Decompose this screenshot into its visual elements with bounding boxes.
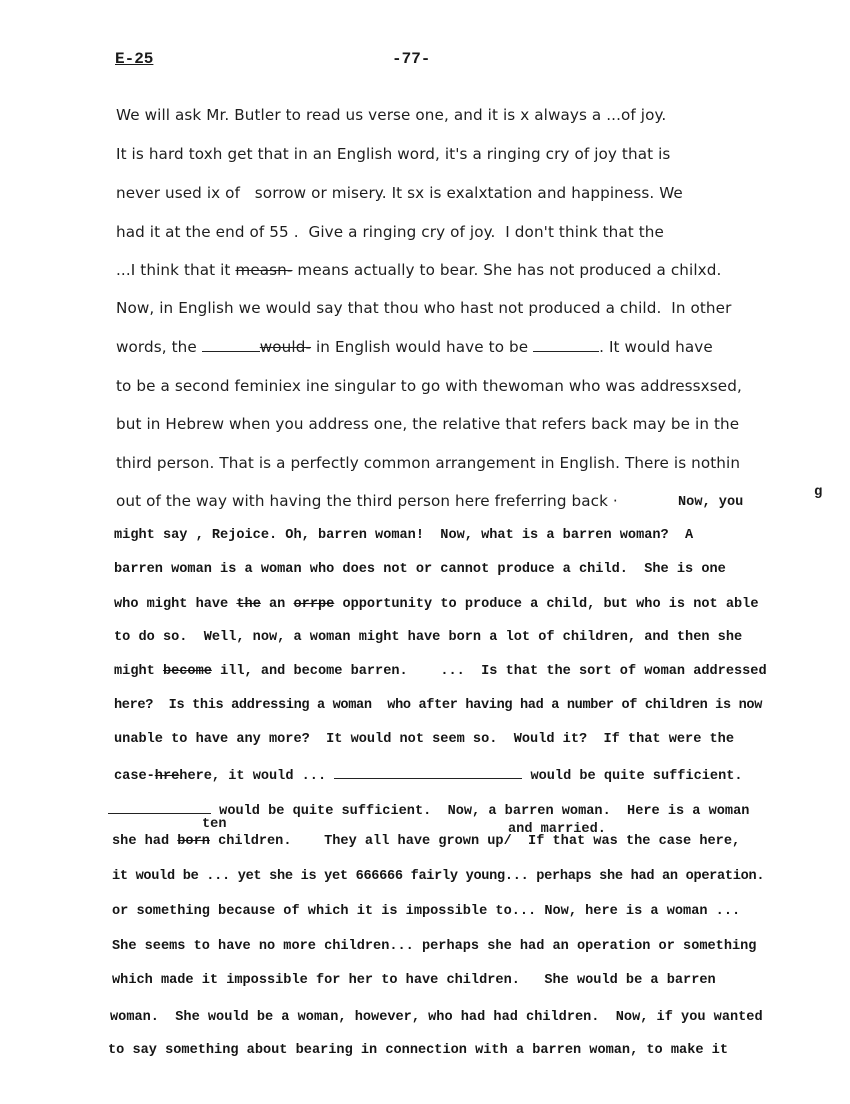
text: words, the	[116, 338, 202, 356]
overstrike: x	[520, 106, 529, 124]
struck-word: would-	[260, 338, 311, 356]
text-line: here? Is this addressing a woman who aft…	[114, 698, 762, 713]
text: never used	[116, 184, 207, 202]
struck-word: the	[236, 597, 260, 612]
text-line: woman. She would be a woman, however, wh…	[110, 1010, 763, 1025]
blank-line	[202, 339, 260, 352]
text-line: she had born children. They all have gro…	[112, 834, 740, 849]
page-number: -77-	[392, 50, 430, 68]
text: case-	[114, 769, 155, 784]
struck-word: become	[163, 664, 212, 679]
text: would be quite sufficient. Now, a barren…	[211, 804, 749, 819]
text-line: who might have the an orrpe opportunity …	[114, 597, 759, 612]
text-line: We will ask Mr. Butler to read us verse …	[116, 106, 666, 124]
blank-line	[334, 766, 522, 779]
text: always a ...of joy.	[529, 106, 666, 124]
text: is exalxtation and happiness. We	[424, 184, 683, 202]
correction-letter: g	[814, 484, 822, 500]
text-line: words, the would- in English would have …	[116, 338, 713, 356]
text: would be quite sufficient.	[522, 769, 742, 784]
text-line: might become ill, and become barren. ...…	[114, 664, 767, 679]
text-line: third person. That is a perfectly common…	[116, 454, 740, 472]
text: who might have	[114, 597, 236, 612]
text-line: case-hrehere, it would ... would be quit…	[114, 766, 743, 784]
text-line: might say , Rejoice. Oh, barren woman! N…	[114, 528, 693, 543]
text: children. They all have grown up/ If tha…	[210, 834, 740, 849]
text-line: Now, you	[678, 495, 743, 510]
struck-word: measn-	[235, 261, 292, 279]
page-header-code: E-25	[115, 50, 153, 68]
text: might	[114, 664, 163, 679]
text: opportunity to produce a child, but who …	[334, 597, 758, 612]
text-line: out of the way with having the third per…	[116, 492, 618, 510]
text-line: or something because of which it is impo…	[112, 904, 740, 919]
text-line: barren woman is a woman who does not or …	[114, 562, 726, 577]
text-line: to do so. Well, now, a woman might have …	[114, 630, 742, 645]
text-line: Now, in English we would say that thou w…	[116, 299, 731, 317]
text-line: had it at the end of 55 . Give a ringing…	[116, 223, 664, 241]
text-line: to be a second feminiex ine singular to …	[116, 377, 742, 395]
insertion-text: ten	[202, 817, 226, 832]
text: here, it would ...	[179, 769, 334, 784]
text: get that in an English word, it's a ring…	[223, 145, 671, 163]
text: in English would have to be	[311, 338, 533, 356]
blank-line	[108, 801, 211, 814]
text: of sorrow or misery. It	[220, 184, 407, 202]
text: ill, and become barren. ... Is that the …	[212, 664, 767, 679]
text-line: ...I think that it measn- means actually…	[116, 261, 721, 279]
text-line: It is hard toxh get that in an English w…	[116, 145, 670, 163]
overstrike: ix	[207, 184, 220, 202]
text-line: it would be ... yet she is yet 666666 fa…	[112, 869, 764, 884]
text-line: but in Hebrew when you address one, the …	[116, 415, 739, 433]
text: she had	[112, 834, 177, 849]
text-line: to say something about bearing in connec…	[108, 1043, 728, 1058]
text-line: unable to have any more? It would not se…	[114, 732, 734, 747]
struck-word: orrpe	[294, 597, 335, 612]
text-line: She seems to have no more children... pe…	[112, 939, 756, 954]
text-line: which made it impossible for her to have…	[112, 973, 716, 988]
text: an	[261, 597, 294, 612]
struck-word: hre	[155, 769, 179, 784]
struck-word: born	[177, 834, 210, 849]
text: . It would have	[599, 338, 713, 356]
overstrike: sx	[407, 184, 424, 202]
text: ...I think that it	[116, 261, 235, 279]
text: means actually to bear. She has not prod…	[293, 261, 722, 279]
blank-line	[533, 339, 599, 352]
text: We will ask Mr. Butler to read us verse …	[116, 106, 520, 124]
text-line: never used ix of sorrow or misery. It sx…	[116, 184, 683, 202]
overstrike: xh	[204, 145, 223, 163]
text: It is hard to	[116, 145, 204, 163]
text: out of the way with having the third per…	[116, 492, 618, 510]
